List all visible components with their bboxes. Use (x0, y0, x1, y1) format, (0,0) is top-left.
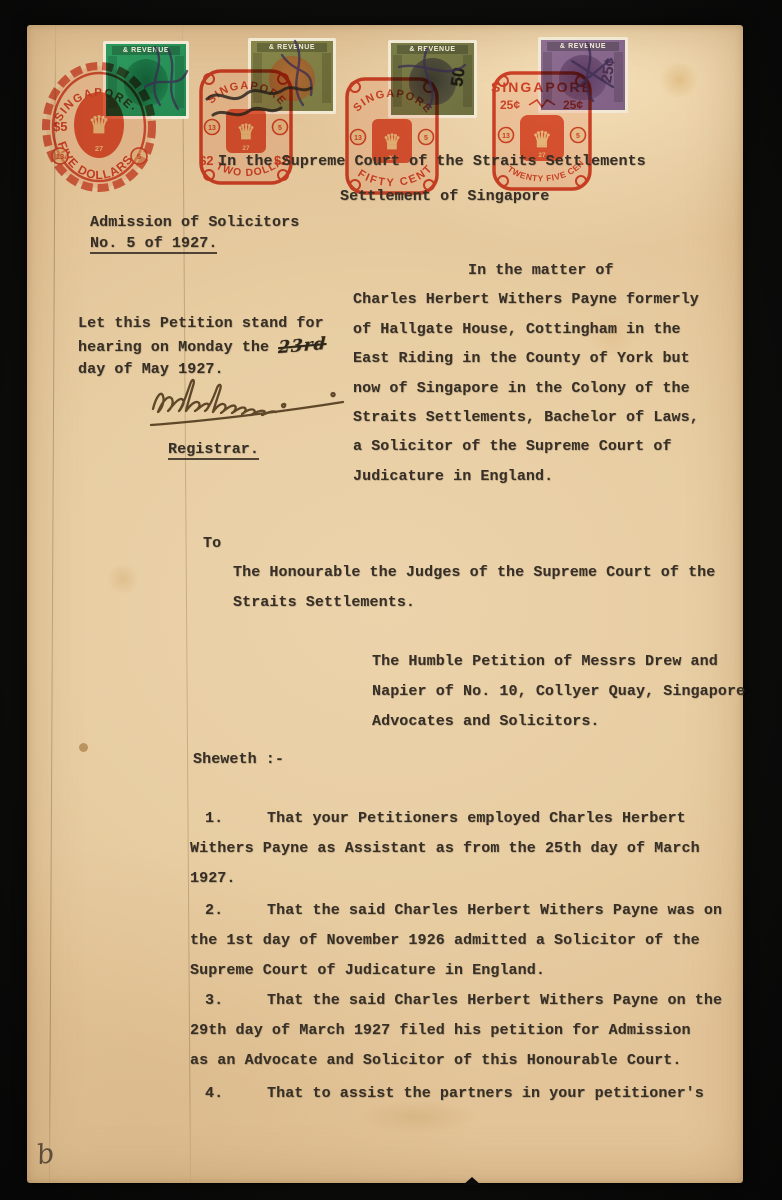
crown-icon: ♛ (88, 112, 110, 139)
signature-stroke (153, 380, 276, 415)
order-line2: hearing on Monday the (78, 339, 278, 356)
embossed-revenue-stamp-fifty-cents: SINGAPORE ♛ 27 13 5 FIFTY CENTS (341, 67, 443, 199)
paragraph-number: 3. (190, 986, 267, 1016)
court-heading-line1: In the Supreme Court of the Straits Sett… (218, 147, 646, 177)
stamp-value-overprint: 50 (447, 66, 469, 88)
salutation: To (203, 529, 221, 559)
stamp-country-label: SINGAPORE (491, 79, 593, 95)
postage-banner-label: & REVENUE (257, 43, 328, 52)
stamp-side-panel (175, 56, 184, 108)
stamp-code-left: 13 (56, 152, 64, 161)
paper-fold-notch (463, 1177, 481, 1185)
case-reference: Admission of SolicitorsNo. 5 of 1927. (90, 213, 299, 254)
stamp-value-right: 25¢ (563, 98, 583, 112)
stamp-code-right: 5 (278, 125, 282, 132)
stain (657, 63, 701, 97)
crown-icon: ♛ (237, 121, 256, 144)
stamp-code-right: 5 (424, 135, 428, 142)
pencil-annotation: b (34, 1138, 56, 1172)
signature-underline-flourish (151, 402, 343, 425)
signatory-title: Registrar. (168, 435, 259, 465)
order-line1: Let this Petition stand for (78, 315, 324, 332)
stamp-value-left: $2 (199, 153, 213, 168)
stamp-side-panel (322, 53, 331, 103)
stamp-code-right: 5 (576, 133, 580, 140)
postage-banner-label: & REVENUE (547, 42, 619, 51)
matter-block: In the matter ofCharles Herbert Withers … (353, 256, 699, 491)
fold-crease-left (49, 25, 56, 1183)
stamp-code-left: 13 (354, 135, 362, 142)
paragraph-number: 2. (190, 896, 267, 926)
postage-banner-label: & REVENUE (112, 46, 181, 55)
embossed-revenue-stamp-five-dollars: ♛ 27 ·SINGAPORE· FIVE DOLLARS $5 13 5 (41, 61, 157, 193)
case-ref-line1: Admission of Solicitors (90, 214, 299, 231)
sheweth-label: Sheweth :- (193, 745, 284, 775)
petition-paragraph-3: 3.That the said Charles Herbert Withers … (190, 986, 722, 1075)
stamp-year-punch: 27 (95, 144, 103, 153)
stain (105, 565, 141, 593)
signature-stroke (282, 404, 285, 407)
document-paper: & REVENUE & REVENUE & REVENUE 50 & REVEN… (27, 25, 743, 1183)
stamp-code-right: 5 (137, 152, 141, 161)
stamp-code-left: 13 (502, 133, 510, 140)
petition-paragraph-1: 1.That your Petitioners employed Charles… (190, 804, 700, 893)
paragraph-number: 1. (190, 804, 267, 834)
registrar-signature (145, 365, 357, 435)
stamp-value: $5 (53, 119, 67, 134)
petition-intro-block: The Humble Petition of Messrs Drew andNa… (372, 647, 745, 737)
photo-background: { "document": { "heading": { "line1": "I… (0, 0, 782, 1200)
signature-dot (331, 393, 334, 396)
stamp-value-left: 25¢ (500, 98, 520, 112)
petition-paragraph-2: 2.That the said Charles Herbert Withers … (190, 896, 722, 985)
paragraph-number: 4. (190, 1079, 267, 1109)
handwritten-hearing-date: 23rd (278, 333, 327, 359)
stain (79, 743, 88, 752)
petition-paragraph-4: 4.That to assist the partners in your pe… (190, 1079, 704, 1109)
court-heading-line2: Settlement of Singapore (340, 182, 549, 212)
postage-banner-label: & REVENUE (397, 45, 468, 54)
addressee-block: The Honourable the Judges of the Supreme… (233, 558, 715, 618)
case-ref-number: No. 5 of 1927. (90, 235, 217, 254)
stamp-code-left: 13 (208, 125, 216, 132)
